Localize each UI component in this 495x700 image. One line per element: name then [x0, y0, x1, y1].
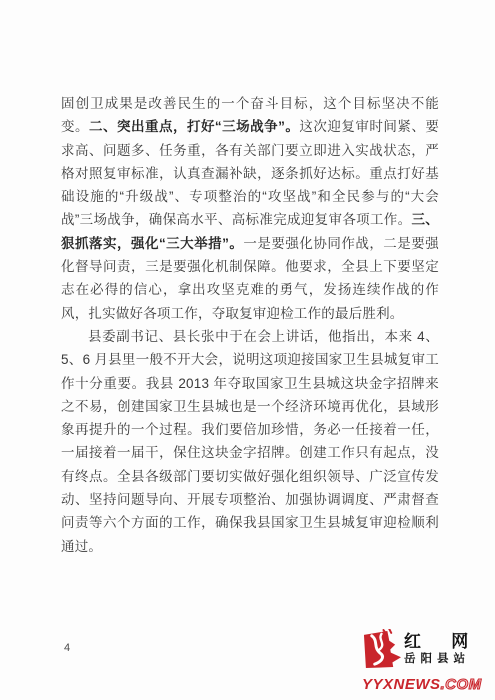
logo-station-name: 岳阳县站 [404, 652, 481, 666]
logo-url-suffix: .COM [441, 676, 482, 693]
logo-site-title: 红 网 [404, 632, 481, 652]
rednet-watermark-logo: 红 网 岳阳县站 YYXNEWS.COM [362, 629, 488, 693]
logo-website-url: YYXNEWS.COM [362, 676, 488, 693]
bold-heading-run-2: 二、突出重点，打好“三场战争”。 [89, 119, 299, 134]
page-number: 4 [64, 642, 70, 654]
logo-url-main: YYXNEWS [362, 676, 441, 693]
document-body: 固创卫成果是改善民生的一个奋斗目标，这个目标坚决不能变。二、突出重点，打好“三场… [61, 92, 439, 558]
body-text-run: 这次迎复审时间紧、要求高、问题多、任务重，各有关部门要立即进入实战状态，严格对照… [61, 119, 439, 227]
paragraph-continued: 固创卫成果是改善民生的一个奋斗目标，这个目标坚决不能变。二、突出重点，打好“三场… [61, 92, 439, 325]
rednet-seal-icon [362, 629, 401, 675]
scanned-document-page: 固创卫成果是改善民生的一个奋斗目标，这个目标坚决不能变。二、突出重点，打好“三场… [0, 0, 495, 700]
paragraph-speech: 县委副书记、县长张中于在会上讲话，他指出，本来 4、5、6 月县里一般不开大会，… [61, 325, 439, 558]
